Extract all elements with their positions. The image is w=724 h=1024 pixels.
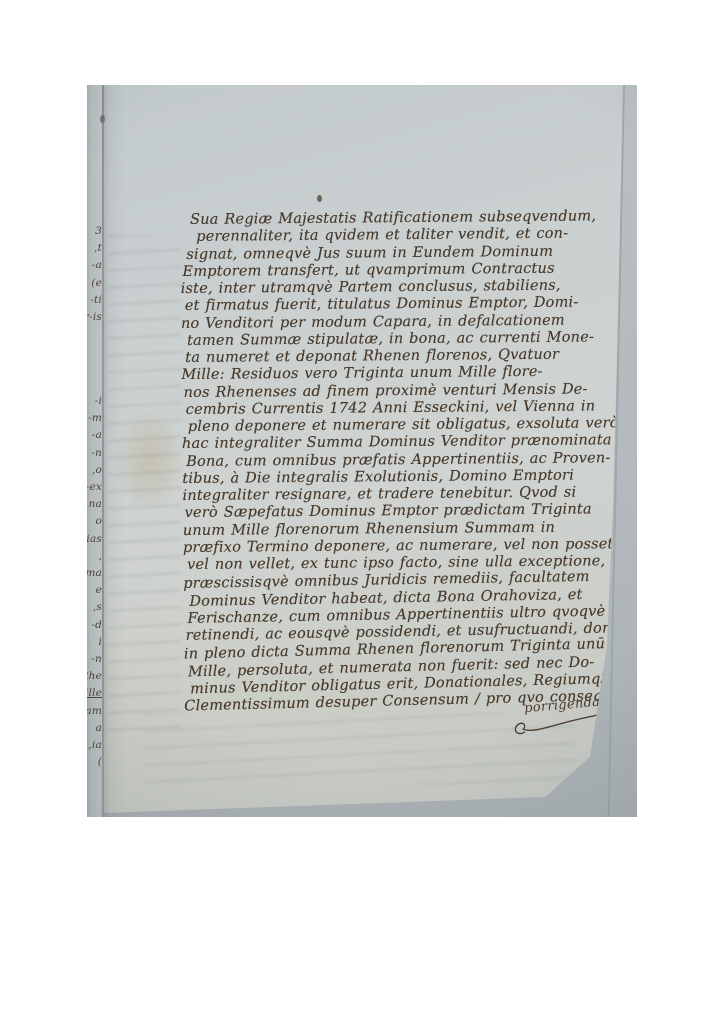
margin-fragment: m- bbox=[87, 410, 102, 427]
margin-fragment: n- bbox=[87, 445, 102, 462]
manuscript-photo: 3t,a-e)ti-r-is i-m-a-n-o,ex-na,oias,maes… bbox=[87, 85, 637, 817]
manuscript-text-block: Sua Regiæ Majestatis Ratificationem subs… bbox=[180, 208, 628, 712]
margin-fragment: d- bbox=[87, 617, 102, 634]
margin-fragment: o, bbox=[87, 462, 102, 479]
margin-fragment: i bbox=[87, 634, 102, 651]
margin-fragment: am bbox=[87, 703, 102, 720]
margin-fragment: na, bbox=[87, 496, 102, 513]
margin-fragment: ti- bbox=[87, 292, 102, 309]
margin-fragment: a- bbox=[87, 257, 102, 274]
margin-fragment: ex- bbox=[87, 479, 102, 496]
margin-fragment: 3 bbox=[87, 223, 102, 240]
margin-fragment: , bbox=[87, 548, 102, 565]
ink-blot bbox=[317, 195, 322, 202]
margin-fragment: a bbox=[87, 720, 102, 737]
margin-fragment: a- bbox=[87, 427, 102, 444]
margin-fragment: ia, bbox=[87, 737, 102, 754]
margin-fragments-bottom: i-m-a-n-o,ex-na,oias,maes,d-in-Rhe-Mille… bbox=[87, 393, 102, 771]
manuscript-page: Sua Regiæ Majestatis Ratificationem subs… bbox=[104, 85, 624, 817]
margin-fragment: ma bbox=[87, 565, 102, 582]
margin-fragment: i- bbox=[87, 393, 102, 410]
bleedthrough-texture bbox=[108, 235, 182, 740]
margin-fragment: ias bbox=[87, 531, 102, 548]
margin-fragment: t, bbox=[87, 240, 102, 257]
margin-fragment: ) bbox=[87, 754, 102, 771]
margin-fragments-top: 3t,a-e)ti-r-is bbox=[87, 223, 102, 326]
margin-fragment: o bbox=[87, 513, 102, 530]
margin-fragment: e) bbox=[87, 275, 102, 292]
page-fold-crease bbox=[102, 85, 104, 817]
margin-fragment: s, bbox=[87, 599, 102, 616]
margin-fragment: r-is bbox=[87, 309, 102, 326]
margin-fragment: n- bbox=[87, 651, 102, 668]
page-background: 3t,a-e)ti-r-is i-m-a-n-o,ex-na,oias,maes… bbox=[0, 0, 724, 1024]
margin-fragment: Mille bbox=[87, 685, 102, 702]
margin-fragment: e bbox=[87, 582, 102, 599]
margin-fragment: Rhe- bbox=[87, 668, 102, 685]
ink-speck bbox=[100, 115, 105, 123]
